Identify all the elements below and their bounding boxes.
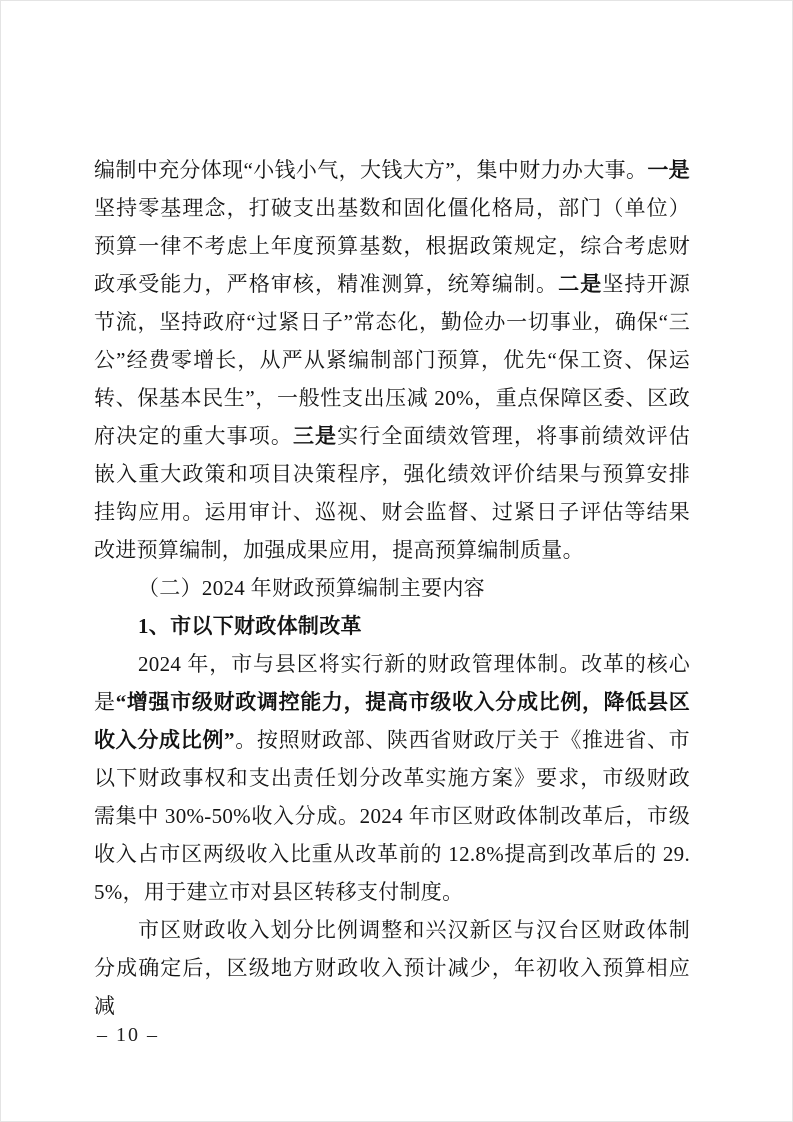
emphasis-run-second: 二是: [558, 272, 602, 296]
section-heading: （二）2024 年财政预算编制主要内容: [94, 569, 690, 607]
paragraph-revenue-division: 市区财政收入划分比例调整和兴汉新区与汉台区财政体制分成确定后，区级地方财政收入预…: [94, 911, 690, 1025]
emphasis-run-first: 一是: [647, 158, 690, 182]
text-run: 。按照财政部、陕西省财政厅关于《推进省、市以下财政事权和支出责任划分改革实施方案…: [94, 728, 690, 904]
document-page: 编制中充分体现“小钱小气，大钱大方”，集中财力办大事。一是坚持零基理念，打破支出…: [0, 0, 793, 1122]
paragraph-budget-principles: 编制中充分体现“小钱小气，大钱大方”，集中财力办大事。一是坚持零基理念，打破支出…: [94, 151, 690, 569]
text-run: 编制中充分体现“小钱小气，大钱大方”，集中财力办大事。: [94, 158, 647, 182]
text-run: 坚持开源节流，坚持政府“过紧日子”常态化，勤俭办一切事业，确保“三公”经费零增长…: [94, 272, 690, 448]
paragraph-fiscal-reform: 2024 年，市与县区将实行新的财政管理体制。改革的核心是“增强市级财政调控能力…: [94, 645, 690, 911]
page-footer: – 10 –: [97, 1022, 159, 1048]
emphasis-run-third: 三是: [293, 424, 337, 448]
page-number: – 10 –: [97, 1024, 159, 1046]
subsection-heading: 1、市以下财政体制改革: [94, 607, 690, 645]
document-body: 编制中充分体现“小钱小气，大钱大方”，集中财力办大事。一是坚持零基理念，打破支出…: [94, 151, 690, 1025]
text-run: 市区财政收入划分比例调整和兴汉新区与汉台区财政体制分成确定后，区级地方财政收入预…: [94, 918, 690, 1018]
